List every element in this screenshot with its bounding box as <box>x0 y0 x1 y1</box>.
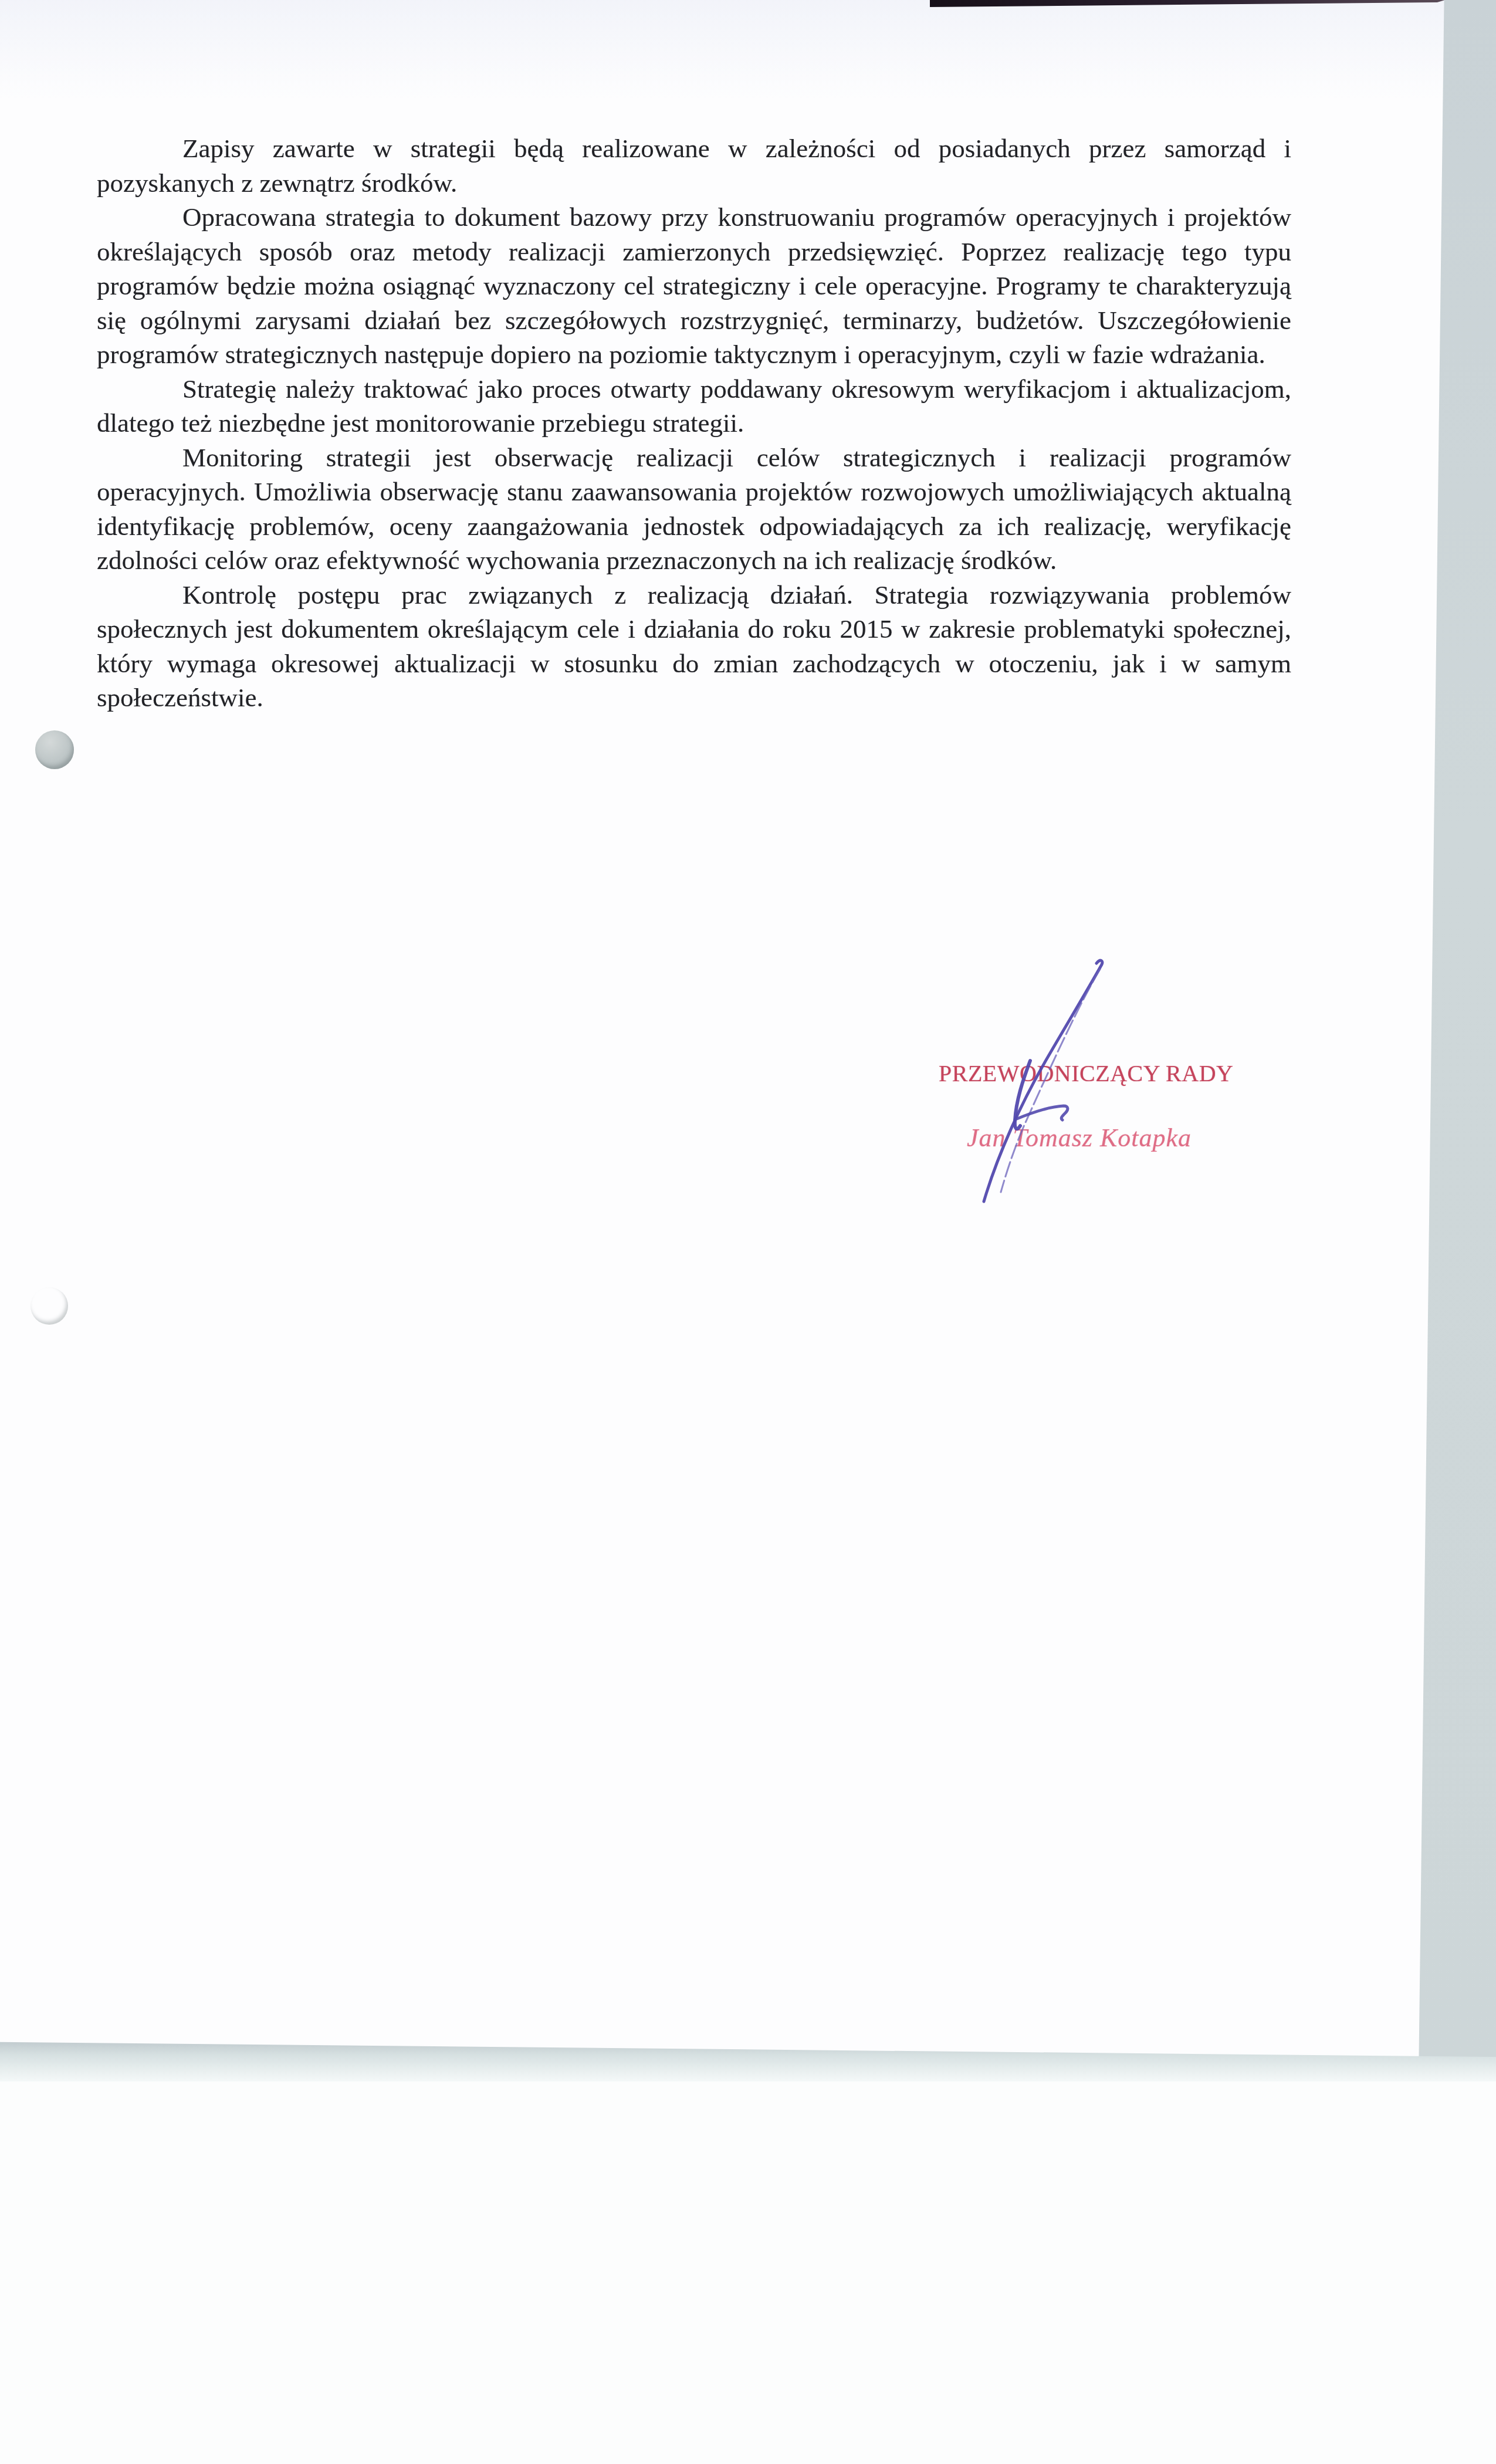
paragraph: Monitoring strategii jest obserwację rea… <box>97 441 1291 578</box>
scanner-background-bottom <box>0 2081 1496 2464</box>
hole-punch-bottom <box>31 1287 68 1325</box>
hole-punch-top <box>35 730 74 769</box>
scanner-background-right <box>1419 0 1496 2080</box>
scan-tint-overlay <box>0 0 1496 100</box>
page-top-edge-shadow <box>930 0 1445 8</box>
scanned-page: Zapisy zawarte w strategii będą realizow… <box>0 0 1496 2464</box>
paragraph: Kontrolę postępu prac związanych z reali… <box>97 578 1291 715</box>
paragraph: Strategię należy traktować jako proces o… <box>97 372 1291 441</box>
document-body-text: Zapisy zawarte w strategii będą realizow… <box>97 131 1291 715</box>
signature-ink-icon <box>950 933 1138 1226</box>
paragraph: Zapisy zawarte w strategii będą realizow… <box>97 131 1291 200</box>
paragraph: Opracowana strategia to dokument bazowy … <box>97 200 1291 372</box>
page-bottom-edge-shadow <box>0 2040 1496 2081</box>
